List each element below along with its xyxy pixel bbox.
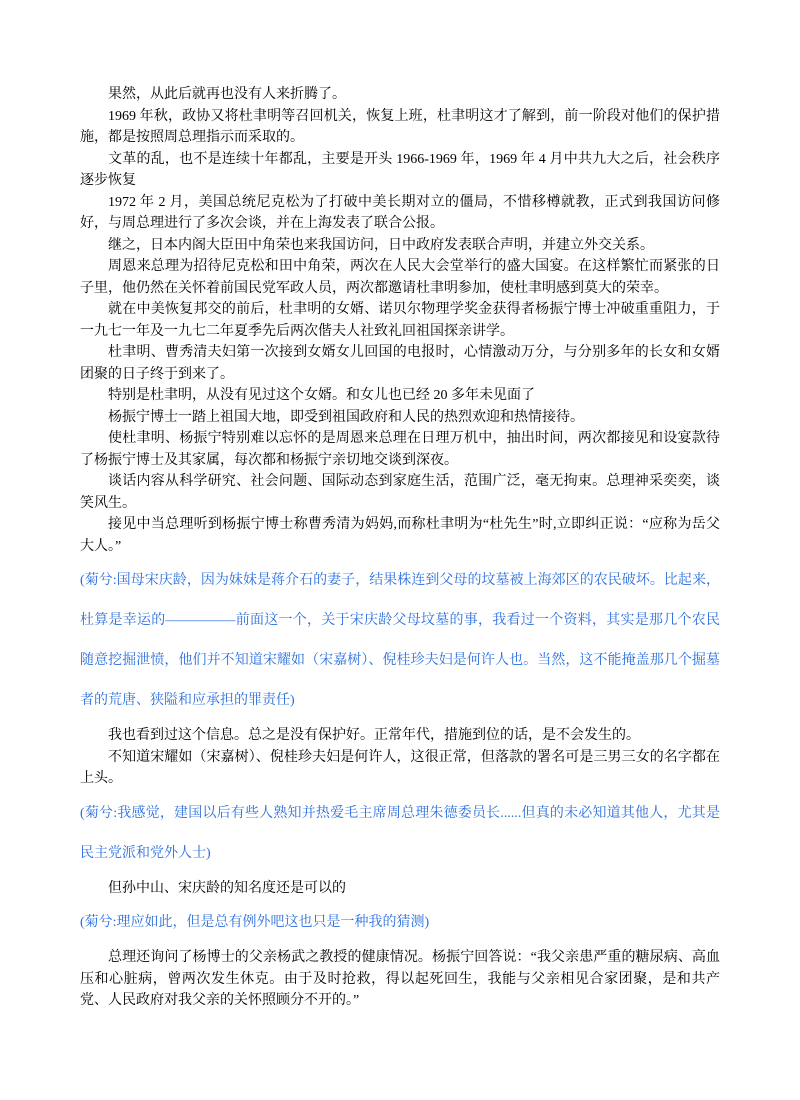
body-paragraph: 不知道宋耀如（宋嘉树）、倪桂珍夫妇是何许人，这很正常，但落款的署名可是三男三女的… xyxy=(80,747,720,790)
body-paragraph: 就在中美恢复邦交的前后，杜聿明的女婿、诺贝尔物理学奖金获得者杨振宁博士冲破重重阻… xyxy=(80,299,720,342)
body-paragraph: 文革的乱，也不是连续十年都乱，主要是开头 1966-1969 年，1969 年 … xyxy=(80,149,720,192)
body-paragraph: 使杜聿明、杨振宁特别难以忘怀的是周恩来总理在日理万机中，抽出时间，两次都接见和设… xyxy=(80,428,720,471)
body-paragraph: 1972 年 2 月，美国总统尼克松为了打破中美长期对立的僵局，不惜移樽就教，正… xyxy=(80,192,720,235)
body-paragraph: 总理还询问了杨博士的父亲杨武之教授的健康情况。杨振宁回答说：“我父亲患严重的糖尿… xyxy=(80,947,720,1012)
document-content: 果然，从此后就再也没有人来折腾了。1969 年秋，政协又将杜聿明等召回机关，恢复… xyxy=(0,0,800,1012)
body-paragraph: 继之，日本内阁大臣田中角荣也来我国访问，日中政府发表联合声明，并建立外交关系。 xyxy=(80,235,720,257)
body-paragraph: 1969 年秋，政协又将杜聿明等召回机关，恢复上班，杜聿明这才了解到，前一阶段对… xyxy=(80,106,720,149)
body-paragraph: 谈话内容从科学研究、社会问题、国际动态到家庭生活，范围广泛，毫无拘束。总理神采奕… xyxy=(80,471,720,514)
body-paragraph: 我也看到过这个信息。总之是没有保护好。正常年代，措施到位的话，是不会发生的。 xyxy=(80,725,720,747)
body-paragraph: 杨振宁博士一踏上祖国大地，即受到祖国政府和人民的热烈欢迎和热情接待。 xyxy=(80,407,720,429)
body-paragraph: 周恩来总理为招待尼克松和田中角荣，两次在人民大会堂举行的盛大国宴。在这样繁忙而紧… xyxy=(80,256,720,299)
body-paragraph: 杜聿明、曹秀清夫妇第一次接到女婿女儿回国的电报时，心情激动万分，与分别多年的长女… xyxy=(80,342,720,385)
body-paragraph: 果然，从此后就再也没有人来折腾了。 xyxy=(80,84,720,106)
comment-paragraph: (菊兮:国母宋庆龄，因为妹妹是蒋介石的妻子，结果株连到父母的坟墓被上海郊区的农民… xyxy=(80,561,720,721)
comment-paragraph: (菊兮:我感觉，建国以后有些人熟知并热爱毛主席周总理朱德委员长......但真的… xyxy=(80,794,720,874)
body-paragraph: 接见中当总理听到杨振宁博士称曹秀清为妈妈,而称杜聿明为“杜先生”时,立即纠正说：… xyxy=(80,514,720,557)
comment-paragraph: (菊兮:理应如此，但是总有例外吧这也只是一种我的猜测) xyxy=(80,903,720,943)
body-paragraph: 但孙中山、宋庆龄的知名度还是可以的 xyxy=(80,878,720,900)
body-paragraph: 特别是杜聿明，从没有见过这个女婿。和女儿也已经 20 多年未见面了 xyxy=(80,385,720,407)
document-page: 果然，从此后就再也没有人来折腾了。1969 年秋，政协又将杜聿明等召回机关，恢复… xyxy=(0,0,800,1100)
